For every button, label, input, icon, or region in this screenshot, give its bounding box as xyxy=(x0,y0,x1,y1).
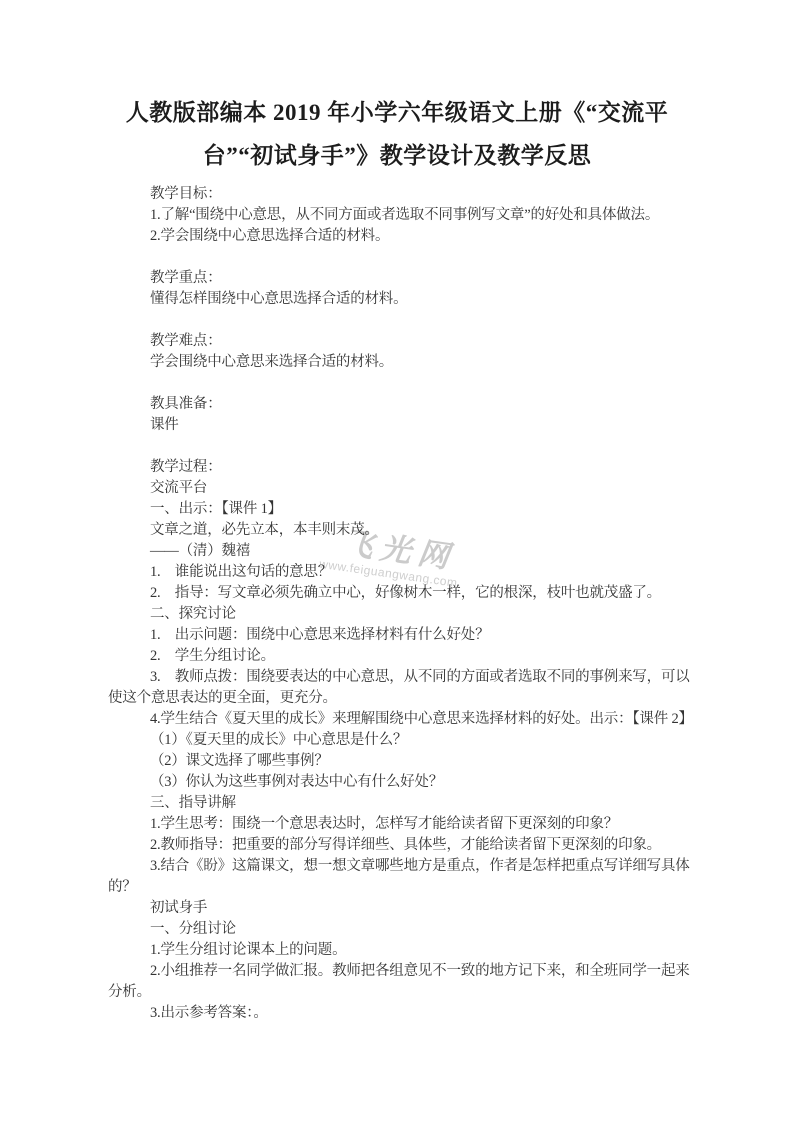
text-line: ——（清）魏禧 xyxy=(108,541,688,562)
text-line: 懂得怎样围绕中心意思选择合适的材料。 xyxy=(108,289,688,310)
title-line-2: 台”“初试身手”》教学设计及教学反思 xyxy=(100,134,694,177)
text-line: 二、探究讨论 xyxy=(108,604,688,625)
text-line: 1. 出示问题：围绕中心意思来选择材料有什么好处？ xyxy=(108,625,688,646)
title-line-1: 人教版部编本 2019 年小学六年级语文上册《“交流平 xyxy=(100,91,694,134)
text-line: 教学过程： xyxy=(108,457,688,478)
text-line: 交流平台 xyxy=(108,478,688,499)
text-line: 3.出示参考答案：。 xyxy=(108,1003,688,1024)
text-line: 的？ xyxy=(108,877,688,898)
text-line xyxy=(108,436,688,457)
text-line: 使这个意思表达的更全面，更充分。 xyxy=(108,688,688,709)
text-line: 2.学会围绕中心意思选择合适的材料。 xyxy=(108,226,688,247)
text-line: 初试身手 xyxy=(108,898,688,919)
text-line: 分析。 xyxy=(108,982,688,1003)
text-line xyxy=(108,247,688,268)
text-line: 一、分组讨论 xyxy=(108,919,688,940)
page-title: 人教版部编本 2019 年小学六年级语文上册《“交流平 台”“初试身手”》教学设… xyxy=(100,91,694,177)
text-line: 教具准备： xyxy=(108,394,688,415)
text-line: 1.学生思考：围绕一个意思表达时，怎样写才能给读者留下更深刻的印象？ xyxy=(108,814,688,835)
text-line: 教学重点： xyxy=(108,268,688,289)
text-line: （1）《夏天里的成长》中心意思是什么？ xyxy=(108,730,688,751)
text-line: 1.了解“围绕中心意思，从不同方面或者选取不同事例写文章”的好处和具体做法。 xyxy=(108,205,688,226)
text-line: 1.学生分组讨论课本上的问题。 xyxy=(108,940,688,961)
text-line: 三、指导讲解 xyxy=(108,793,688,814)
text-line: 3. 教师点拨：围绕要表达的中心意思，从不同的方面或者选取不同的事例来写，可以 xyxy=(108,667,688,688)
text-line: 一、出示：【课件 1】 xyxy=(108,499,688,520)
text-line: 3.结合《盼》这篇课文，想一想文章哪些地方是重点，作者是怎样把重点写详细写具体 xyxy=(108,856,688,877)
text-line: 2. 指导：写文章必须先确立中心，好像树木一样，它的根深，枝叶也就茂盛了。 xyxy=(108,583,688,604)
text-line: （3）你认为这些事例对表达中心有什么好处？ xyxy=(108,772,688,793)
text-line xyxy=(108,373,688,394)
text-line: 2.小组推荐一名同学做汇报。教师把各组意见不一致的地方记下来，和全班同学一起来 xyxy=(108,961,688,982)
document-body: 教学目标：1.了解“围绕中心意思，从不同方面或者选取不同事例写文章”的好处和具体… xyxy=(108,184,688,1024)
text-line: （2）课文选择了哪些事例？ xyxy=(108,751,688,772)
text-line: 教学难点： xyxy=(108,331,688,352)
text-line: 学会围绕中心意思来选择合适的材料。 xyxy=(108,352,688,373)
text-line: 2.教师指导：把重要的部分写得详细些、具体些，才能给读者留下更深刻的印象。 xyxy=(108,835,688,856)
text-line: 4.学生结合《夏天里的成长》来理解围绕中心意思来选择材料的好处。出示：【课件 2… xyxy=(108,709,688,730)
text-line: 1. 谁能说出这句话的意思？ xyxy=(108,562,688,583)
text-line: 2. 学生分组讨论。 xyxy=(108,646,688,667)
text-line: 教学目标： xyxy=(108,184,688,205)
text-line xyxy=(108,310,688,331)
document-page: 飞光网 www.feiguangwang.com 人教版部编本 2019 年小学… xyxy=(0,0,793,1122)
text-line: 文章之道，必先立本，本丰则末茂。 xyxy=(108,520,688,541)
text-line: 课件 xyxy=(108,415,688,436)
